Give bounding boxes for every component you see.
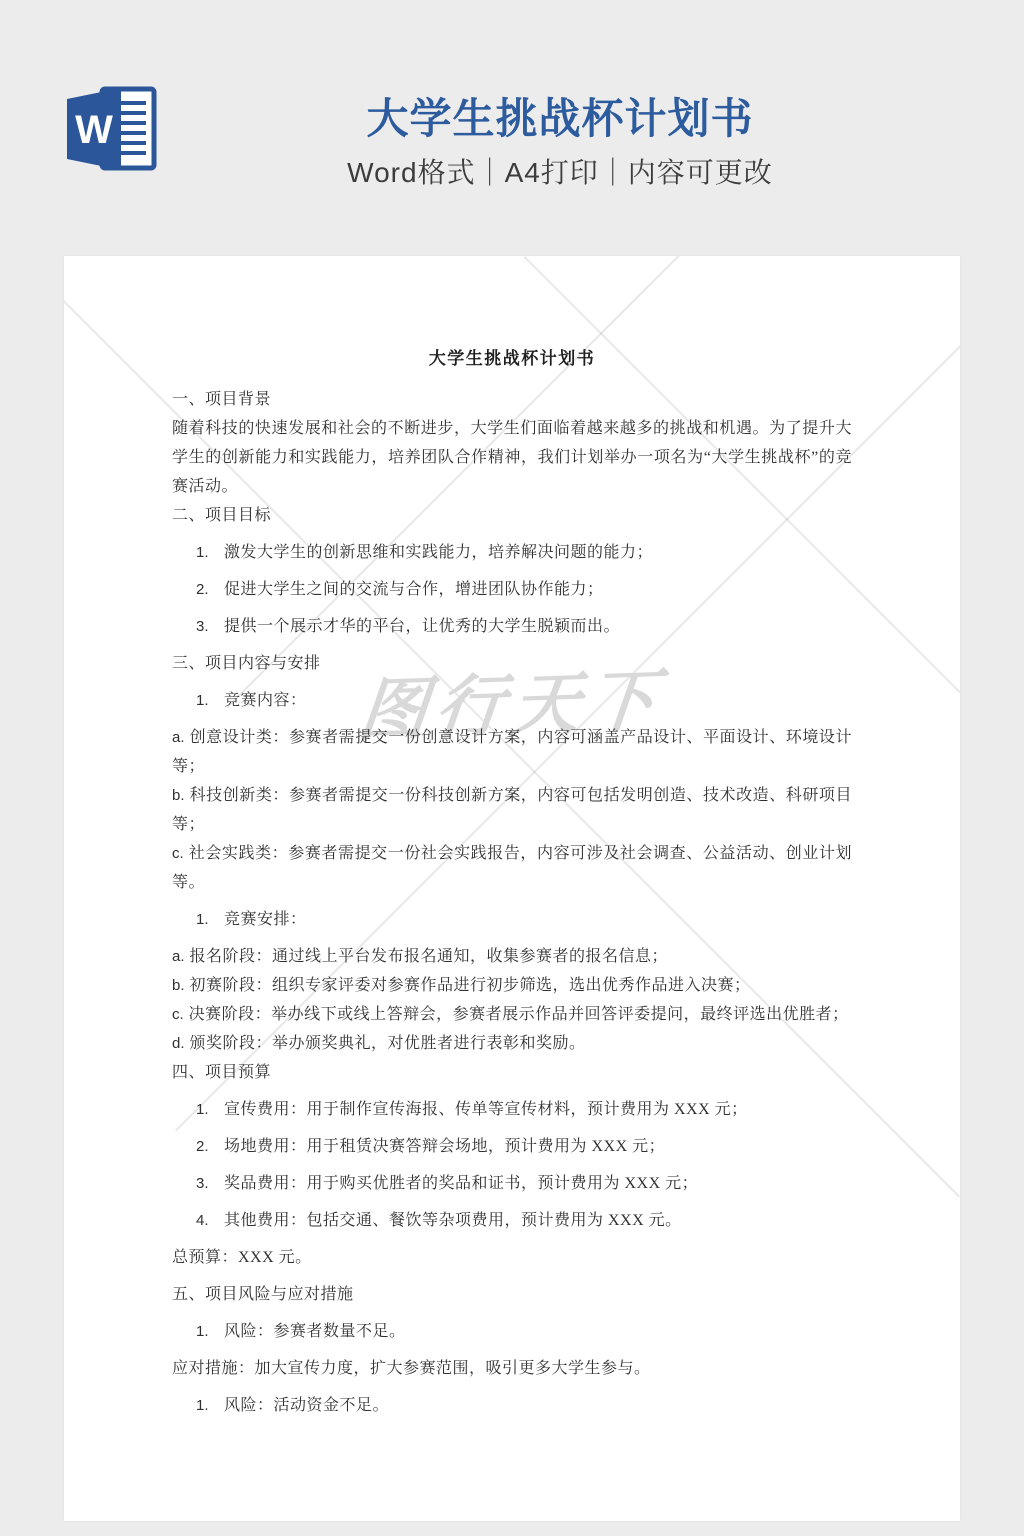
section-heading: 一、项目背景 [172,385,852,414]
numbered-item: 1. 风险：活动资金不足。 [172,1391,852,1420]
item-text: 提供一个展示才华的平台，让优秀的大学生脱颖而出。 [224,612,620,641]
header-text-block: 大学生挑战杯计划书 Word格式｜A4打印｜内容可更改 [96,94,1024,190]
item-letter: b. [172,977,185,994]
item-number: 1. [196,1095,224,1124]
item-letter: b. [172,787,185,804]
item-number: 1. [196,686,224,715]
numbered-item: 2. 场地费用：用于租赁决赛答辩会场地，预计费用为 XXX 元； [172,1132,852,1161]
item-text: 竞赛安排： [224,905,307,934]
lettered-item: b.科技创新类：参赛者需提交一份科技创新方案，内容可包括发明创造、技术改造、科研… [172,781,852,839]
page-title: 大学生挑战杯计划书 [96,94,1024,144]
lettered-item: c.决赛阶段：举办线下或线上答辩会，参赛者展示作品并回答评委提问，最终评选出优胜… [172,1000,852,1029]
section-heading: 三、项目内容与安排 [172,649,852,678]
item-letter: c. [172,845,184,862]
item-number: 3. [196,1169,224,1198]
item-letter: d. [172,1035,185,1052]
item-text: 创意设计类：参赛者需提交一份创意设计方案，内容可涵盖产品设计、平面设计、环境设计… [172,729,852,775]
page-subtitle: Word格式｜A4打印｜内容可更改 [96,156,1024,190]
numbered-item: 1. 风险：参赛者数量不足。 [172,1317,852,1346]
numbered-item: 3. 奖品费用：用于购买优胜者的奖品和证书，预计费用为 XXX 元； [172,1169,852,1198]
document-page: 图行天下 大学生挑战杯计划书 一、项目背景 随着科技的快速发展和社会的不断进步，… [64,256,960,1521]
item-number: 4. [196,1206,224,1235]
item-text: 竞赛内容： [224,686,307,715]
lettered-item: c.社会实践类：参赛者需提交一份社会实践报告，内容可涉及社会调查、公益活动、创业… [172,839,852,897]
item-number: 3. [196,612,224,641]
numbered-item: 3. 提供一个展示才华的平台，让优秀的大学生脱颖而出。 [172,612,852,641]
item-text: 初赛阶段：组织专家评委对参赛作品进行初步筛选，选出优秀作品进入决赛； [190,977,751,994]
item-letter: a. [172,729,185,746]
section-heading: 四、项目预算 [172,1058,852,1087]
lettered-item: b.初赛阶段：组织专家评委对参赛作品进行初步筛选，选出优秀作品进入决赛； [172,971,852,1000]
item-text: 风险：活动资金不足。 [224,1391,389,1420]
document-title: 大学生挑战杯计划书 [172,344,852,373]
numbered-item: 1. 竞赛内容： [172,686,852,715]
numbered-item: 4. 其他费用：包括交通、餐饮等杂项费用，预计费用为 XXX 元。 [172,1206,852,1235]
item-number: 1. [196,538,224,567]
section-heading: 五、项目风险与应对措施 [172,1280,852,1309]
item-letter: a. [172,948,185,965]
lettered-item: a.报名阶段：通过线上平台发布报名通知，收集参赛者的报名信息； [172,942,852,971]
item-number: 1. [196,905,224,934]
item-text: 激发大学生的创新思维和实践能力，培养解决问题的能力； [224,538,653,567]
item-text: 其他费用：包括交通、餐饮等杂项费用，预计费用为 XXX 元。 [224,1206,682,1235]
site-header: W 大学生挑战杯计划书 Word格式｜A4打印｜内容可更改 [0,0,1024,256]
paragraph: 应对措施：加大宣传力度，扩大参赛范围，吸引更多大学生参与。 [172,1354,852,1383]
item-text: 报名阶段：通过线上平台发布报名通知，收集参赛者的报名信息； [190,948,669,965]
item-number: 1. [196,1317,224,1346]
item-number: 2. [196,1132,224,1161]
numbered-item: 2. 促进大学生之间的交流与合作，增进团队协作能力； [172,575,852,604]
item-number: 1. [196,1391,224,1420]
item-text: 颁奖阶段：举办颁奖典礼，对优胜者进行表彰和奖励。 [190,1035,586,1052]
numbered-item: 1. 竞赛安排： [172,905,852,934]
numbered-item: 1. 激发大学生的创新思维和实践能力，培养解决问题的能力； [172,538,852,567]
item-number: 2. [196,575,224,604]
item-text: 社会实践类：参赛者需提交一份社会实践报告，内容可涉及社会调查、公益活动、创业计划… [172,845,852,891]
item-text: 奖品费用：用于购买优胜者的奖品和证书，预计费用为 XXX 元； [224,1169,698,1198]
lettered-item: d.颁奖阶段：举办颁奖典礼，对优胜者进行表彰和奖励。 [172,1029,852,1058]
lettered-item: a.创意设计类：参赛者需提交一份创意设计方案，内容可涵盖产品设计、平面设计、环境… [172,723,852,781]
paragraph: 总预算：XXX 元。 [172,1243,852,1272]
item-letter: c. [172,1006,184,1023]
item-text: 决赛阶段：举办线下或线上答辩会，参赛者展示作品并回答评委提问，最终评选出优胜者； [189,1006,849,1023]
document-content: 大学生挑战杯计划书 一、项目背景 随着科技的快速发展和社会的不断进步，大学生们面… [64,256,960,1420]
item-text: 科技创新类：参赛者需提交一份科技创新方案，内容可包括发明创造、技术改造、科研项目… [172,787,852,833]
item-text: 宣传费用：用于制作宣传海报、传单等宣传材料，预计费用为 XXX 元； [224,1095,748,1124]
item-text: 风险：参赛者数量不足。 [224,1317,406,1346]
item-text: 场地费用：用于租赁决赛答辩会场地，预计费用为 XXX 元； [224,1132,665,1161]
numbered-item: 1. 宣传费用：用于制作宣传海报、传单等宣传材料，预计费用为 XXX 元； [172,1095,852,1124]
item-text: 促进大学生之间的交流与合作，增进团队协作能力； [224,575,604,604]
paragraph: 随着科技的快速发展和社会的不断进步，大学生们面临着越来越多的挑战和机遇。为了提升… [172,414,852,501]
section-heading: 二、项目目标 [172,501,852,530]
